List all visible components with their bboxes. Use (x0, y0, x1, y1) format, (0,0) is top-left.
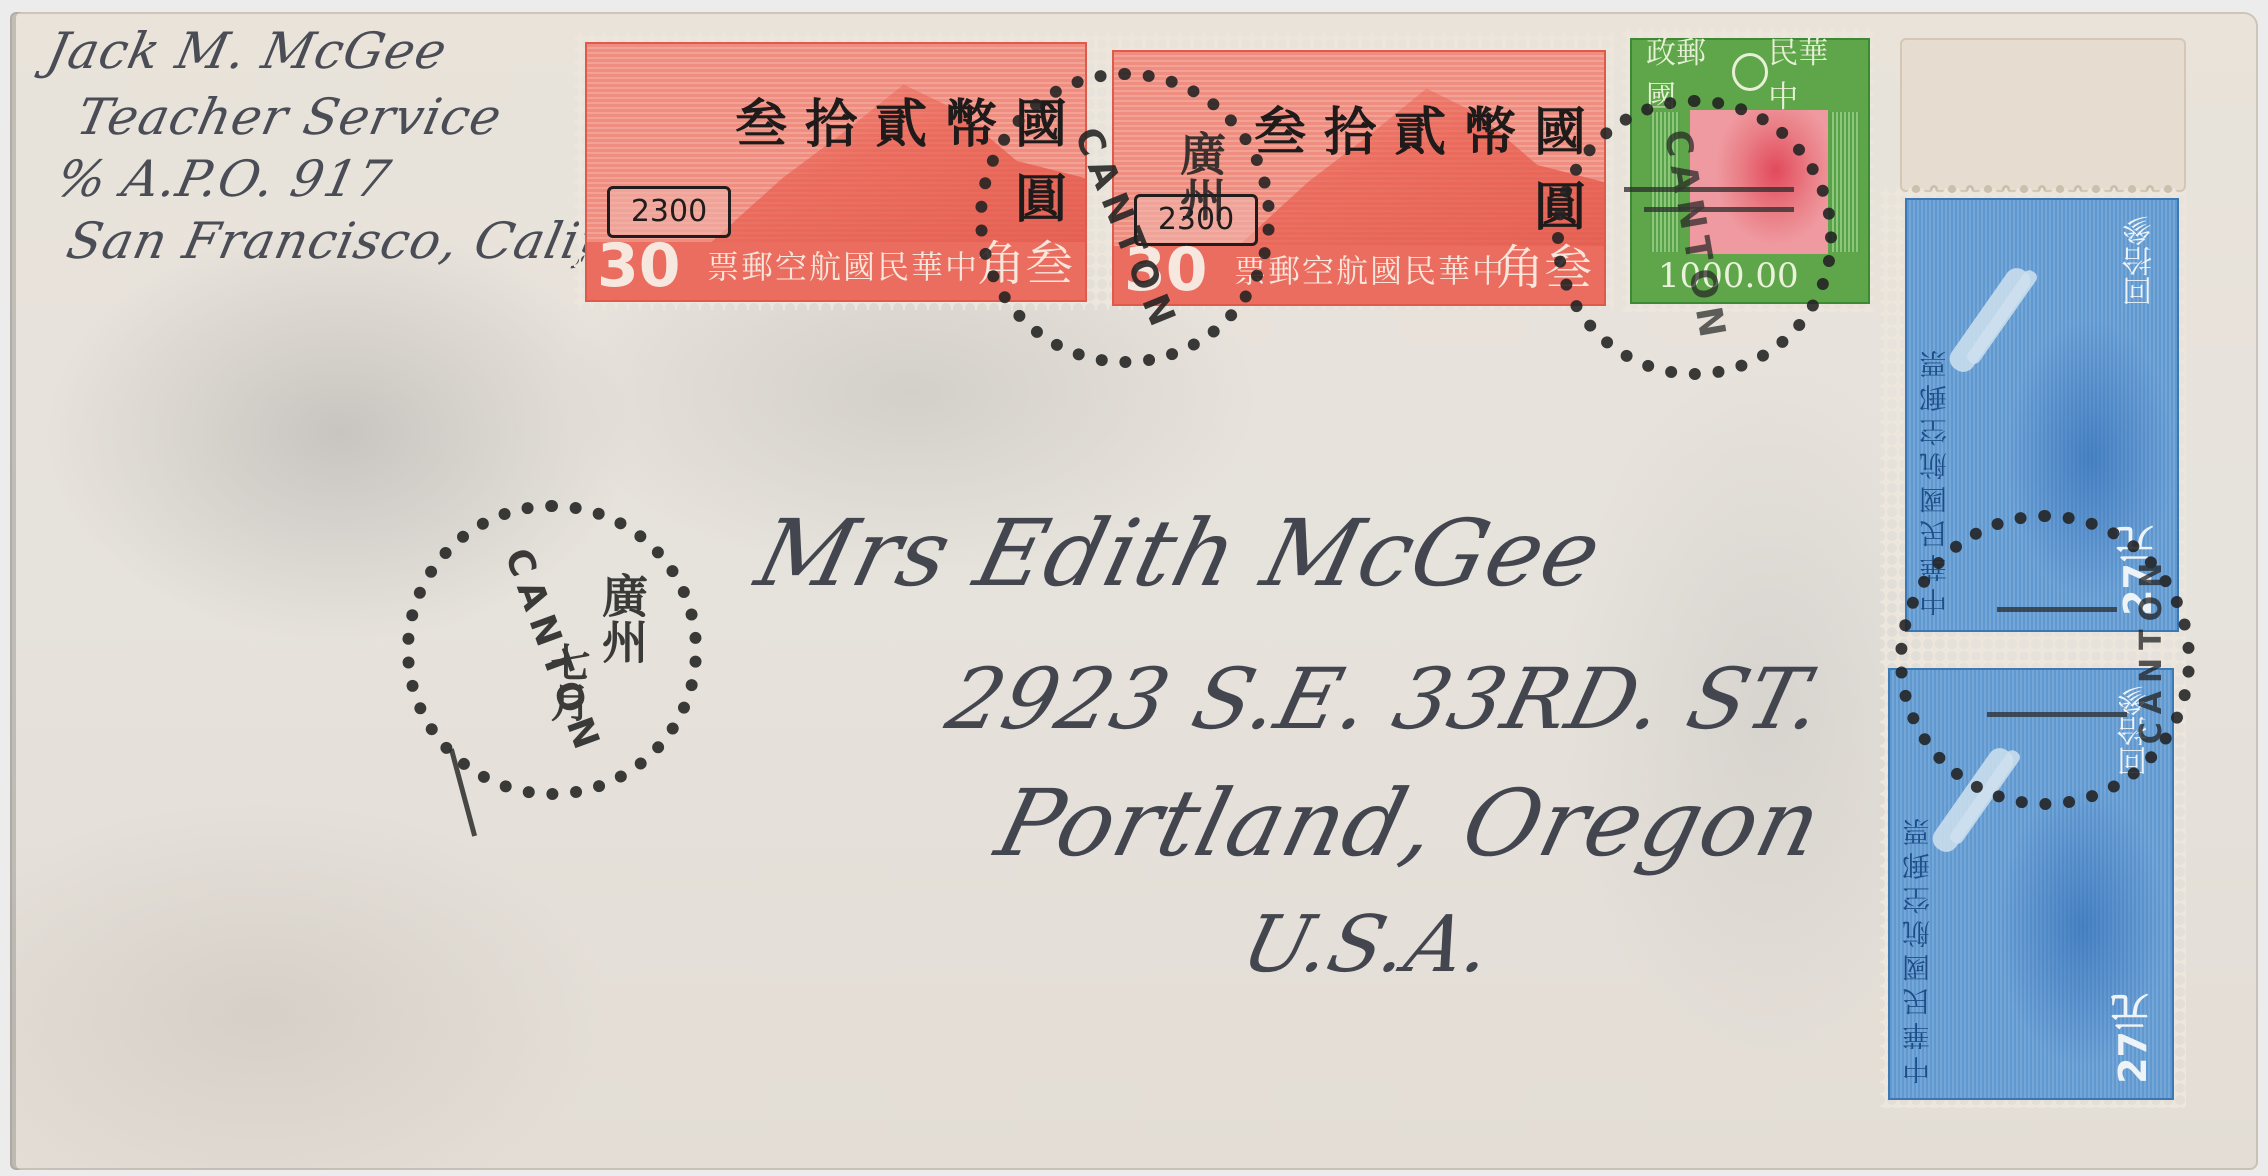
stamp-header: 政郵國 民華中 (1638, 46, 1862, 98)
return-address-line: San Francisco, Calif. (62, 212, 620, 270)
canton-postmark-left: CANTON 廣州 七月 (402, 500, 702, 800)
recipient-country: U.S.A. (1234, 900, 1502, 990)
postmark-city: CANTON (1656, 127, 1734, 349)
postmark-blue-stamps: CANTON (1895, 510, 2195, 810)
stamp-value: 27元 (2105, 993, 2160, 1084)
selvage-label (1900, 38, 2186, 192)
stamp-header-right: 民華中 (1768, 28, 1854, 116)
postmark-city: CANTON (2134, 555, 2169, 744)
stamp-header: 回拾參 (2119, 216, 2163, 306)
recipient-city: Portland, Oregon (987, 770, 1832, 877)
postmark-city-chinese: 廣州 (589, 572, 655, 664)
return-address-line: Jack M. McGee (42, 22, 453, 80)
return-address-line: % A.P.O. 917 (52, 150, 396, 208)
return-address-line: Teacher Service (72, 88, 507, 146)
sun-emblem-icon (1732, 53, 1768, 91)
postmark-green-stamp: CANTON (1552, 95, 1837, 380)
postmark-date: 七月 (539, 642, 596, 722)
stamp-value: 30 (597, 234, 681, 298)
recipient-street: 2923 S.E. 33RD. ST. (938, 650, 1834, 748)
stamp-caption: 中華民國航空郵票 (1898, 812, 1938, 1084)
stamp-caption: 中華民國航空郵票 (707, 242, 979, 288)
stamp-overprint: 國幣貳拾叁圓 (1224, 90, 1604, 240)
postmark-city-chinese: 廣州 (1167, 130, 1233, 222)
recipient-name: Mrs Edith McGee (747, 500, 1612, 607)
stamp-caption: 中華民國航空郵票 (1234, 246, 1506, 292)
canton-postmark-stamps: CANTON 廣州 (975, 68, 1275, 368)
